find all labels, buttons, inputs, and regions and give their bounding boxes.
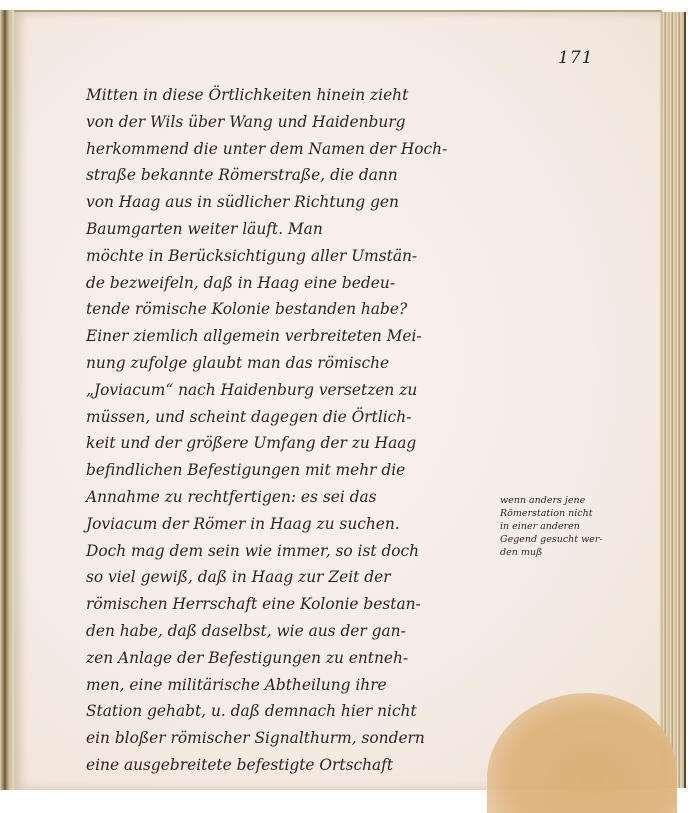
margin-note-line: wenn anders jene [500,494,660,507]
text-line: nung zufolge glaubt man das römische [86,350,506,377]
text-line: keit und der größere Umfang der zu Haag [86,430,506,457]
margin-note-line: den muß [500,546,660,559]
page-number: 171 [558,48,593,68]
text-line: tende römische Kolonie bestanden habe? [86,296,506,323]
text-line: befindlichen Befestigungen mit mehr die [86,457,506,484]
text-line: den habe, daß daselbst, wie aus der gan- [86,618,506,645]
text-line: Doch mag dem sein wie immer, so ist doch [86,538,506,565]
manuscript-body-text: Mitten in diese Örtlichkeiten hinein zie… [86,82,506,779]
text-line: Baumgarten weiter läuft. Man [86,216,506,243]
text-line: von der Wils über Wang und Haidenburg [86,109,506,136]
text-line: Einer ziemlich allgemein verbreiteten Me… [86,323,506,350]
text-line: römischen Herrschaft eine Kolonie bestan… [86,591,506,618]
margin-note-line: Römerstation nicht [500,507,660,520]
text-line: eine ausgebreitete befestigte Ortschaft [86,752,506,779]
page-stack-edge [660,12,686,788]
text-line: Annahme zu rechtfertigen: es sei das [86,484,506,511]
text-line: de bezweifeln, daß in Haag eine bedeu- [86,270,506,297]
text-line: men, eine militärische Abtheilung ihre [86,672,506,699]
text-line: so viel gewiß, daß in Haag zur Zeit der [86,564,506,591]
text-line: von Haag aus in südlicher Richtung gen [86,189,506,216]
scanned-manuscript-page: 171 Mitten in diese Örtlichkeiten hinein… [0,0,695,800]
text-line-underlined-term: „Joviacum“ nach Haidenburg versetzen zu [86,377,506,404]
text-line: zen Anlage der Befestigungen zu entneh- [86,645,506,672]
text-line: ein bloßer römischer Signalthurm, sonder… [86,725,506,752]
text-line: Station gehabt, u. daß demnach hier nich… [86,698,506,725]
text-line: Joviacum der Römer in Haag zu suchen. [86,511,506,538]
text-line: Mitten in diese Örtlichkeiten hinein zie… [86,82,506,109]
text-line: straße bekannte Römerstraße, die dann [86,162,506,189]
margin-note: wenn anders jene Römerstation nicht in e… [500,494,660,559]
text-line: müssen, und scheint dagegen die Örtlich- [86,404,506,431]
text-line: möchte in Berücksichtigung aller Umstän- [86,243,506,270]
margin-note-line: in einer anderen [500,520,660,533]
text-line: herkommend die unter dem Namen der Hoch- [86,136,506,163]
margin-note-line: Gegend gesucht wer- [500,533,660,546]
